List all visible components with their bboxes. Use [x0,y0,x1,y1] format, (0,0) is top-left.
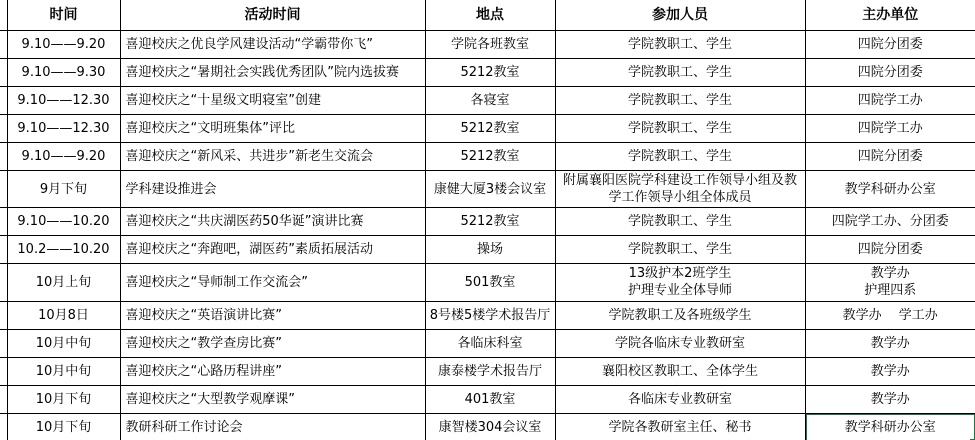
cell-time[interactable]: 10月中旬 [7,357,120,385]
clipped-column-stub [0,87,7,115]
cell-activity[interactable]: 喜迎校庆之“英语演讲比赛” [120,301,425,329]
cell-participants[interactable]: 学院教职工、学生 [555,143,805,171]
cell-location[interactable]: 501教室 [425,264,555,301]
clipped-column-stub [0,301,7,329]
cell-participants[interactable]: 13级护本2班学生 护理专业全体导师 [555,264,805,301]
cell-time[interactable]: 9.10——9.20 [7,31,120,59]
cell-time[interactable]: 9月下旬 [7,171,120,208]
cell-organizer[interactable]: 四院学工办 [805,87,975,115]
cell-participants[interactable]: 附属襄阳医院学科建设工作领导小组及教学工作领导小组全体成员 [555,171,805,208]
cell-location[interactable]: 康智楼304会议室 [425,413,555,440]
table-row: 9月下旬学科建设推进会康健大厦3楼会议室附属襄阳医院学科建设工作领导小组及教学工… [0,171,975,208]
cell-organizer[interactable]: 四院学工办 [805,115,975,143]
cell-time[interactable]: 9.10——10.20 [7,208,120,236]
clipped-column-stub [0,329,7,357]
cell-organizer[interactable]: 教学办 护理四系 [805,264,975,301]
cell-organizer[interactable]: 教学办 学工办 [805,301,975,329]
cell-organizer[interactable]: 教学办 [805,385,975,413]
cell-participants[interactable]: 学院教职工、学生 [555,236,805,264]
table-row: 9.10——9.20喜迎校庆之优良学风建设活动“学霸带你飞”学院各班教室学院教职… [0,31,975,59]
cell-location[interactable]: 8号楼5楼学术报告厅 [425,301,555,329]
cell-participants[interactable]: 各临床专业教研室 [555,385,805,413]
cell-participants[interactable]: 学院教职工、学生 [555,208,805,236]
cell-activity[interactable]: 喜迎校庆之“大型教学观摩课” [120,385,425,413]
cell-time[interactable]: 10.2——10.20 [7,236,120,264]
clipped-column-stub [0,59,7,87]
clipped-column-stub [0,385,7,413]
cell-participants[interactable]: 学院各临床专业教研室 [555,329,805,357]
clipped-column-stub [0,357,7,385]
cell-participants[interactable]: 学院各教研室主任、秘书 [555,413,805,440]
clipped-column-stub [0,115,7,143]
col-header-participants[interactable]: 参加人员 [555,0,805,31]
cell-time[interactable]: 9.10——12.30 [7,87,120,115]
header-row: 时间 活动时间 地点 参加人员 主办单位 [0,0,975,31]
cell-participants[interactable]: 襄阳校区教职工、全体学生 [555,357,805,385]
table-row: 9.10——9.30喜迎校庆之“暑期社会实践优秀团队”院内选拔赛5212教室学院… [0,59,975,87]
cell-time[interactable]: 10月中旬 [7,329,120,357]
cell-activity[interactable]: 喜迎校庆之“共庆湖医药50华诞”演讲比赛 [120,208,425,236]
clipped-column-stub [0,171,7,208]
cell-organizer[interactable]: 四院分团委 [805,236,975,264]
cell-activity[interactable]: 喜迎校庆之优良学风建设活动“学霸带你飞” [120,31,425,59]
col-header-organizer[interactable]: 主办单位 [805,0,975,31]
cell-location[interactable]: 5212教室 [425,143,555,171]
cell-location[interactable]: 学院各班教室 [425,31,555,59]
cell-time[interactable]: 10月下旬 [7,413,120,440]
table-row: 9.10——12.30喜迎校庆之“文明班集体”评比5212教室学院教职工、学生四… [0,115,975,143]
cell-organizer[interactable]: 四院学工办、分团委 [805,208,975,236]
cell-location[interactable]: 操场 [425,236,555,264]
clipped-column-stub [0,208,7,236]
cell-location[interactable]: 401教室 [425,385,555,413]
cell-activity[interactable]: 喜迎校庆之“心路历程讲座” [120,357,425,385]
cell-location[interactable]: 各寝室 [425,87,555,115]
clipped-column-stub [0,236,7,264]
cell-time[interactable]: 10月上旬 [7,264,120,301]
cell-time[interactable]: 9.10——9.30 [7,59,120,87]
cell-time[interactable]: 9.10——12.30 [7,115,120,143]
cell-time[interactable]: 10月8日 [7,301,120,329]
cell-activity[interactable]: 喜迎校庆之“导师制工作交流会” [120,264,425,301]
cell-activity[interactable]: 喜迎校庆之“文明班集体”评比 [120,115,425,143]
cell-organizer[interactable]: 四院分团委 [805,143,975,171]
cell-location[interactable]: 康泰楼学术报告厅 [425,357,555,385]
clipped-column-stub [0,264,7,301]
col-header-activity[interactable]: 活动时间 [120,0,425,31]
table-row: 10月上旬喜迎校庆之“导师制工作交流会”501教室13级护本2班学生 护理专业全… [0,264,975,301]
cell-location[interactable]: 各临床科室 [425,329,555,357]
cell-activity[interactable]: 喜迎校庆之“奔跑吧，湖医药”素质拓展活动 [120,236,425,264]
table-row: 10月中旬喜迎校庆之“心路历程讲座”康泰楼学术报告厅襄阳校区教职工、全体学生教学… [0,357,975,385]
cell-activity[interactable]: 教研科研工作讨论会 [120,413,425,440]
clipped-column-stub [0,143,7,171]
cell-organizer[interactable]: 教学科研办公室 [805,413,975,440]
cell-participants[interactable]: 学院教职工、学生 [555,31,805,59]
cell-organizer[interactable]: 四院分团委 [805,59,975,87]
cell-time[interactable]: 10月下旬 [7,385,120,413]
cell-organizer[interactable]: 四院分团委 [805,31,975,59]
cell-location[interactable]: 5212教室 [425,208,555,236]
table-row: 10月下旬教研科研工作讨论会康智楼304会议室学院各教研室主任、秘书教学科研办公… [0,413,975,440]
col-header-location[interactable]: 地点 [425,0,555,31]
table-row: 10月下旬喜迎校庆之“大型教学观摩课”401教室各临床专业教研室教学办 [0,385,975,413]
spreadsheet-view: 时间 活动时间 地点 参加人员 主办单位 9.10——9.20喜迎校庆之优良学风… [0,0,975,440]
table-row: 9.10——12.30喜迎校庆之“十星级文明寝室”创建各寝室学院教职工、学生四院… [0,87,975,115]
cell-activity[interactable]: 喜迎校庆之“十星级文明寝室”创建 [120,87,425,115]
cell-activity[interactable]: 喜迎校庆之“新风采、共进步”新老生交流会 [120,143,425,171]
cell-location[interactable]: 康健大厦3楼会议室 [425,171,555,208]
table-row: 9.10——10.20喜迎校庆之“共庆湖医药50华诞”演讲比赛5212教室学院教… [0,208,975,236]
cell-organizer[interactable]: 教学办 [805,357,975,385]
cell-participants[interactable]: 学院教职工、学生 [555,87,805,115]
col-header-time[interactable]: 时间 [7,0,120,31]
cell-activity[interactable]: 学科建设推进会 [120,171,425,208]
table-row: 10.2——10.20喜迎校庆之“奔跑吧，湖医药”素质拓展活动操场学院教职工、学… [0,236,975,264]
clipped-column-stub [0,0,7,31]
cell-activity[interactable]: 喜迎校庆之“暑期社会实践优秀团队”院内选拔赛 [120,59,425,87]
cell-location[interactable]: 5212教室 [425,115,555,143]
cell-organizer[interactable]: 教学办 [805,329,975,357]
cell-time[interactable]: 9.10——9.20 [7,143,120,171]
table-row: 10月8日喜迎校庆之“英语演讲比赛”8号楼5楼学术报告厅学院教职工及各班级学生教… [0,301,975,329]
cell-activity[interactable]: 喜迎校庆之“教学查房比赛” [120,329,425,357]
cell-location[interactable]: 5212教室 [425,59,555,87]
cell-participants[interactable]: 学院教职工及各班级学生 [555,301,805,329]
clipped-column-stub [0,31,7,59]
table-row: 10月中旬喜迎校庆之“教学查房比赛”各临床科室学院各临床专业教研室教学办 [0,329,975,357]
cell-organizer[interactable]: 教学科研办公室 [805,171,975,208]
cell-participants[interactable]: 学院教职工、学生 [555,59,805,87]
table-row: 9.10——9.20喜迎校庆之“新风采、共进步”新老生交流会5212教室学院教职… [0,143,975,171]
activities-table: 时间 活动时间 地点 参加人员 主办单位 9.10——9.20喜迎校庆之优良学风… [0,0,975,440]
cell-participants[interactable]: 学院教职工、学生 [555,115,805,143]
clipped-column-stub [0,413,7,440]
